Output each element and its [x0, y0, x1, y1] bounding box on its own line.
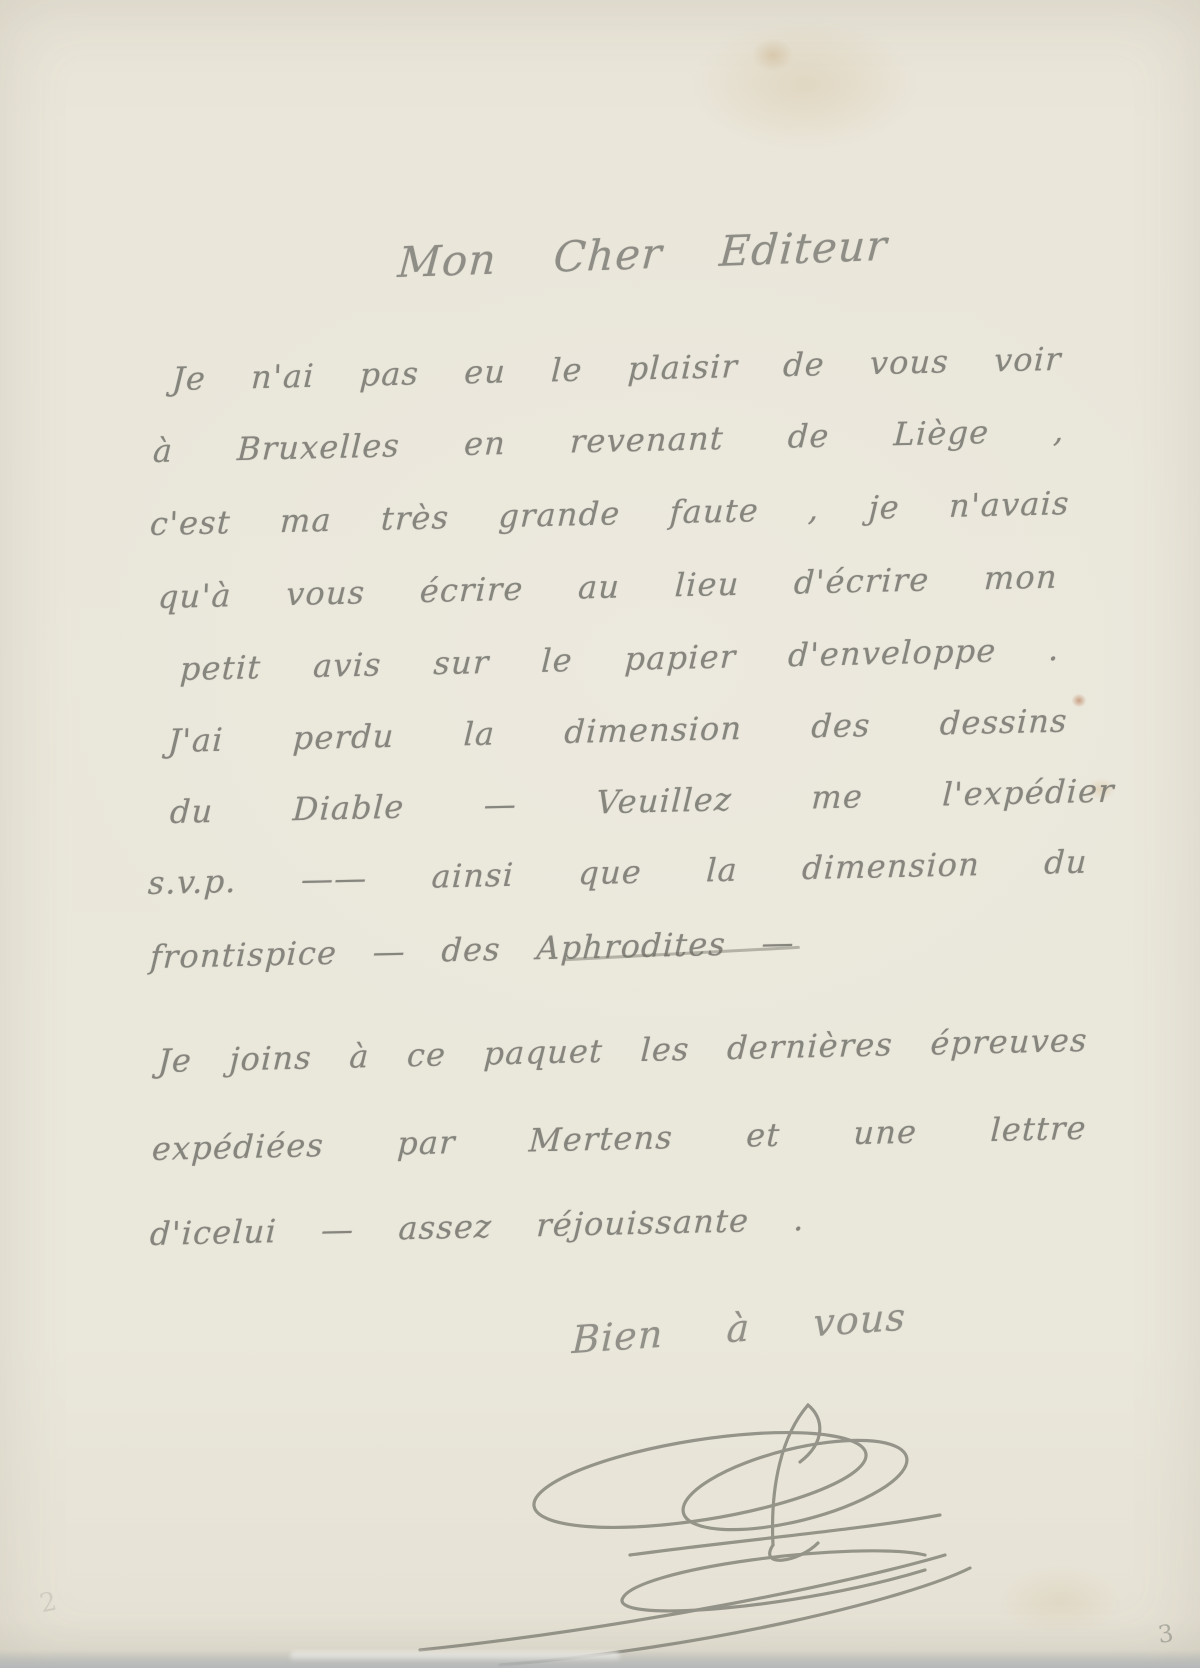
letter-line: frontispice — des Aphrodites —: [149, 923, 796, 976]
stain-top-blotch: [690, 18, 920, 153]
letter-line: du Diable — Veuillez me l'expédier: [169, 772, 1116, 831]
letter-line: petit avis sur le papier d'enveloppe .: [179, 630, 1061, 688]
letter-line: à Bruxelles en revenant de Liège ,: [152, 411, 1066, 470]
letter-line: Je joins à ce paquet les dernières épreu…: [157, 1021, 1089, 1080]
letter-page: Mon Cher Editeur Je n'ai pas eu le plais…: [0, 0, 1200, 1668]
letter-line: d'icelui — assez réjouissante .: [149, 1200, 806, 1253]
closing: Bien à vous: [571, 1295, 907, 1363]
salutation: Mon Cher Editeur: [396, 221, 889, 287]
letter-line: J'ai perdu la dimension des dessins: [167, 702, 1069, 760]
signature-paraph: [380, 1380, 980, 1668]
page-number-left: 2: [37, 1587, 59, 1620]
letter-line: qu'à vous écrire au lieu d'écrire mon: [157, 558, 1059, 616]
stain-top-small: [752, 38, 794, 72]
letter-line: Je n'ai pas eu le plaisir de vous voir: [171, 340, 1063, 398]
letter-line: expédiées par Mertens et une lettre: [151, 1109, 1088, 1168]
stain-bottom-right: [995, 1565, 1125, 1635]
page-number-right: 3: [1156, 1619, 1175, 1649]
letter-line: s.v.p. —— ainsi que la dimension du: [147, 843, 1089, 902]
stain-right-dot: [1072, 694, 1086, 707]
letter-line: c'est ma très grande faute , je n'avais: [149, 484, 1071, 543]
paper-bottom-edge: [0, 1650, 1200, 1668]
